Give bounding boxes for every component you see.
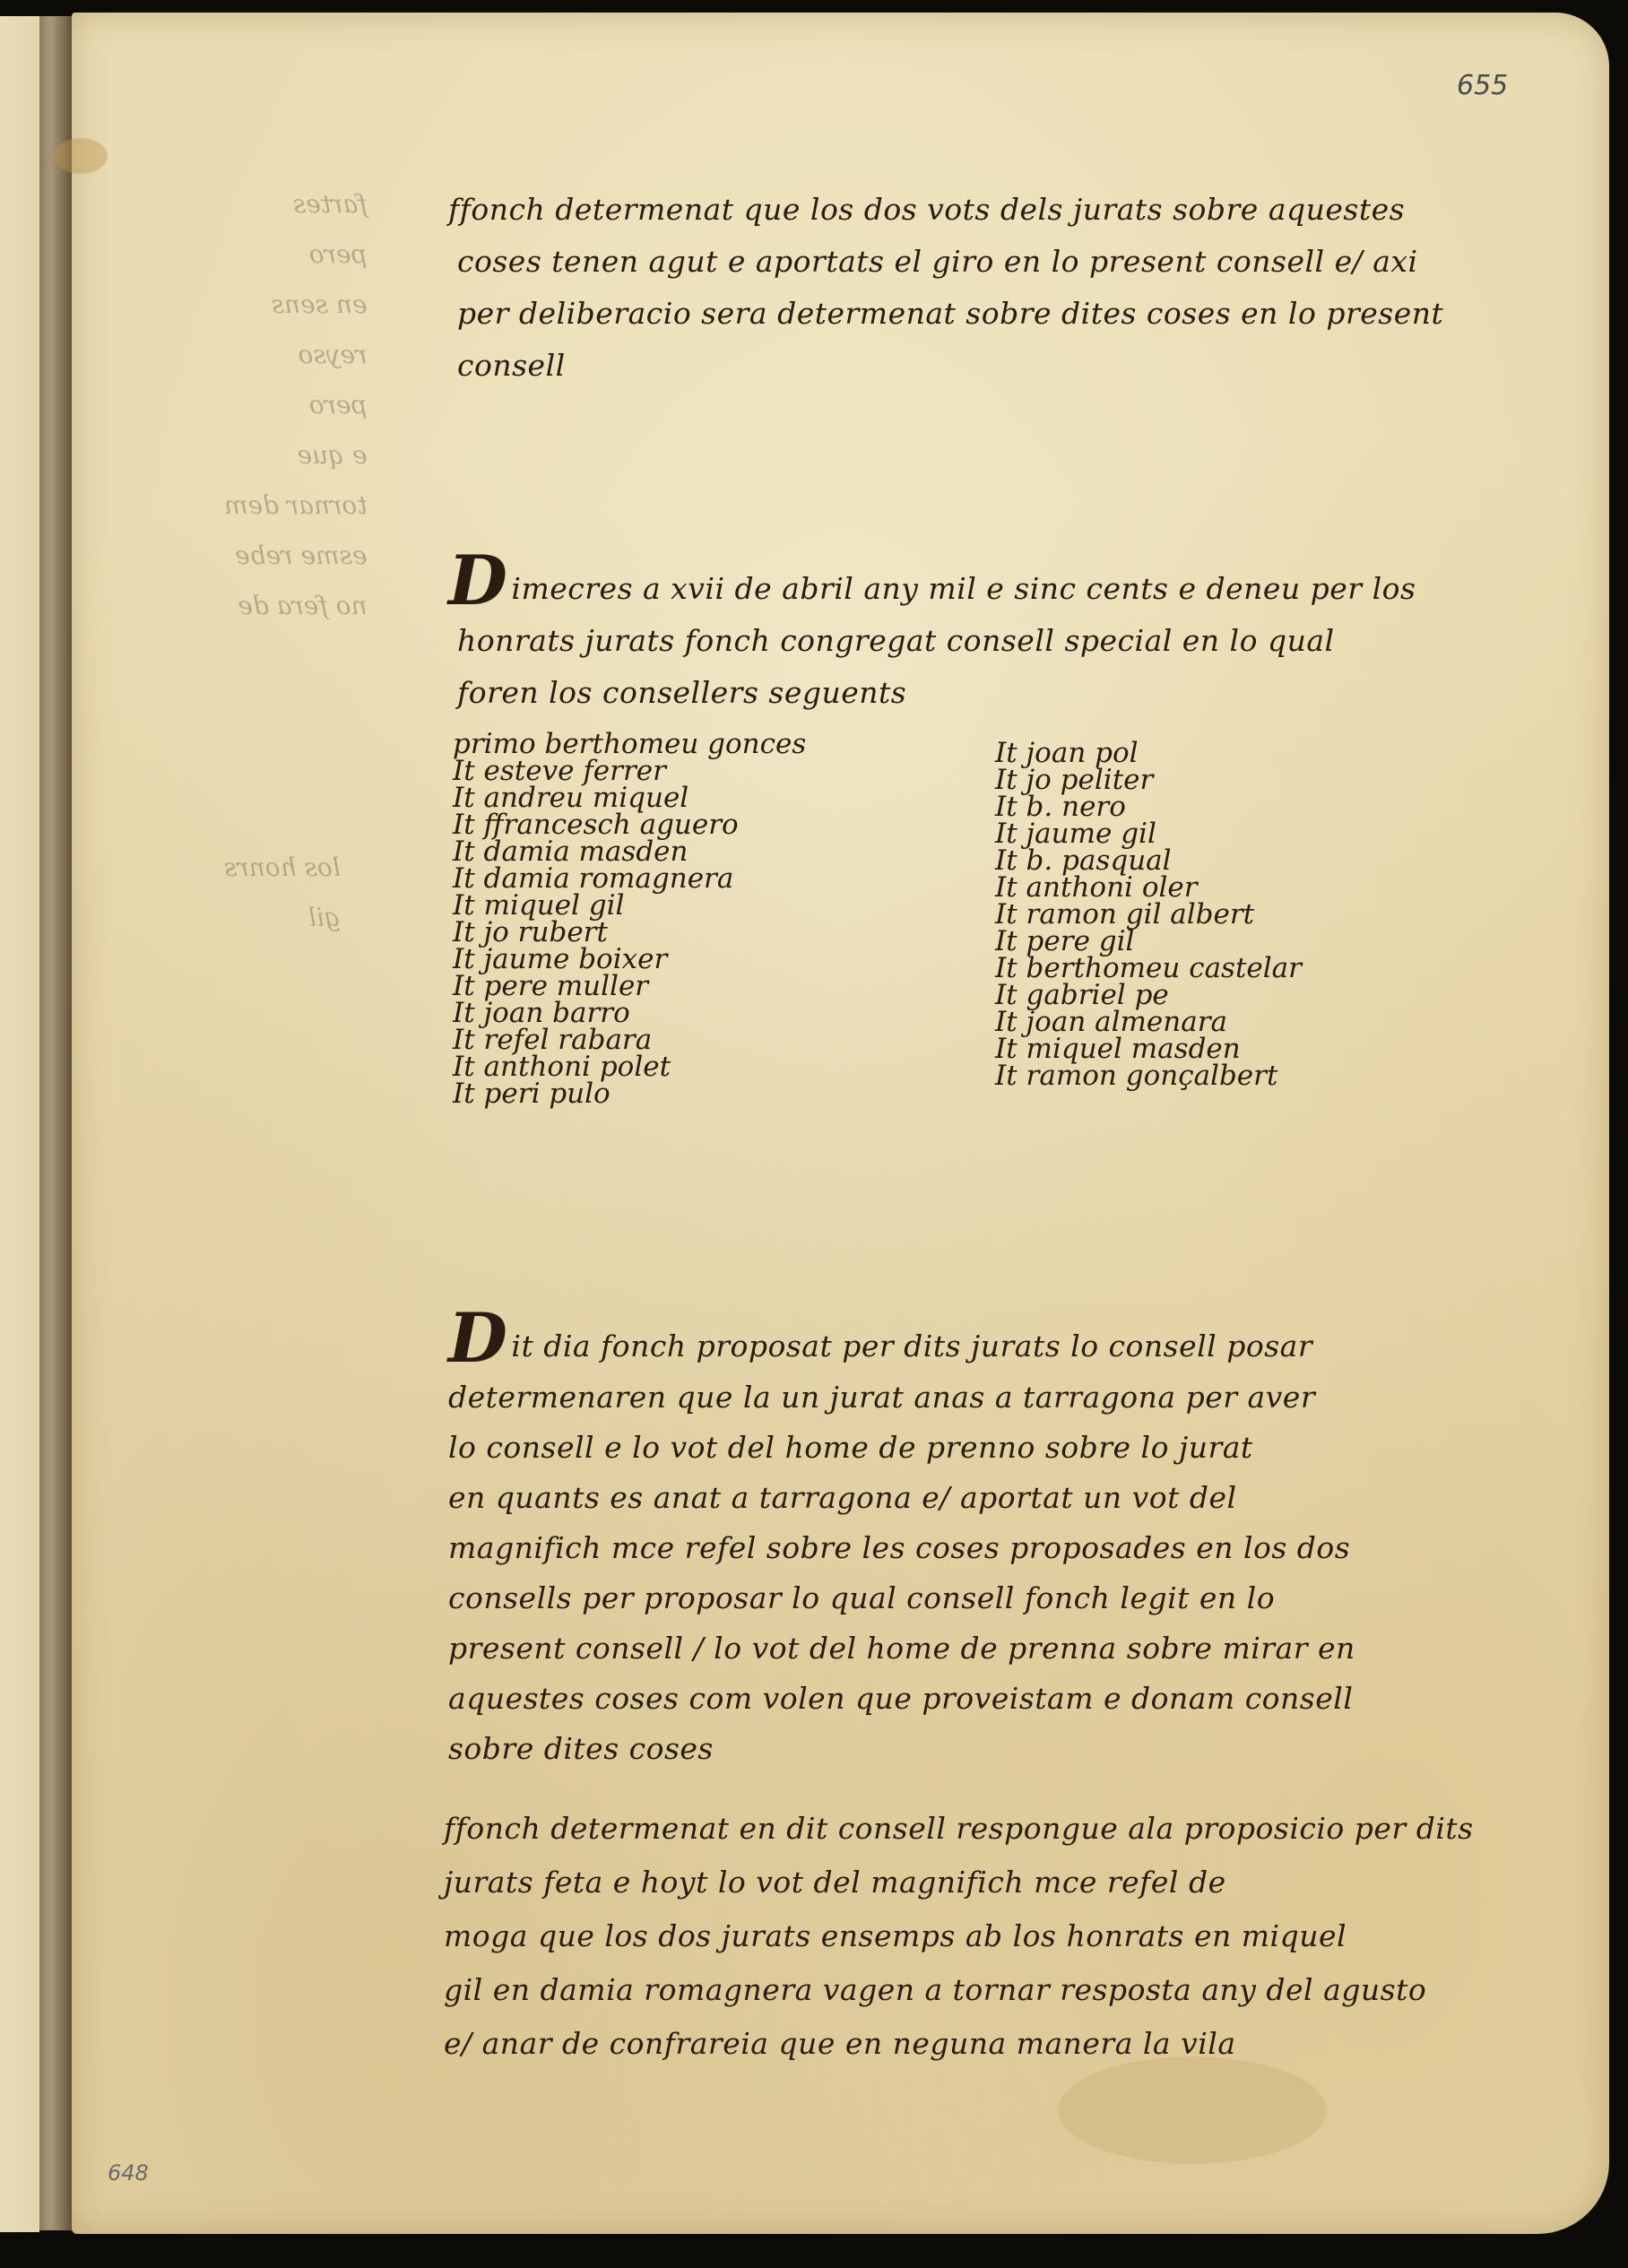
attendees-list-right: It joan pol It jo peliter It b. nero It … xyxy=(995,740,1302,1089)
text-line: coses tenen agut e aportats el giro en l… xyxy=(448,236,1443,288)
attendee: primo berthomeu gonces xyxy=(453,731,806,757)
attendee: It anthoni oler xyxy=(995,874,1302,901)
attendee: It peri pulo xyxy=(453,1080,806,1107)
water-stain xyxy=(1058,2056,1327,2164)
bleed-through-middle-left: los honrs gil xyxy=(224,843,341,943)
text-line: e/ anar de confrareia que en neguna mane… xyxy=(444,2017,1474,2071)
attendee: It refel rabara xyxy=(453,1026,806,1053)
text-line: ffonch determenat en dit consell respong… xyxy=(444,1802,1474,1856)
paragraph-2-meeting-heading: Dimecres a xvii de abril any mil e sinc … xyxy=(448,547,1416,719)
bleed-through-top-left: fartes pero en sens reyso pero e que tor… xyxy=(224,179,368,631)
attendee: It jo peliter xyxy=(995,766,1302,793)
decorated-initial: D xyxy=(448,1298,507,1378)
attendee: It joan pol xyxy=(995,740,1302,766)
text-line: present consell / lo vot del home de pre… xyxy=(448,1623,1355,1674)
attendee: It miquel gil xyxy=(453,892,806,919)
text-line: consells per proposar lo qual consell fo… xyxy=(448,1573,1355,1623)
text-line: gil en damia romagnera vagen a tornar re… xyxy=(444,1963,1474,2017)
text-line: lo consell e lo vot del home de prenno s… xyxy=(448,1423,1355,1473)
folio-number-top: 655 xyxy=(1457,70,1508,101)
attendee: It ramon gonçalbert xyxy=(995,1062,1302,1089)
attendee: It jo rubert xyxy=(453,919,806,946)
text-line: en quants es anat a tarragona e/ aportat… xyxy=(448,1473,1355,1523)
attendee: It ramon gil albert xyxy=(995,901,1302,928)
book-gutter xyxy=(39,16,72,2230)
attendee: It pere muller xyxy=(453,973,806,1000)
attendee: It gabriel pe xyxy=(995,982,1302,1008)
paragraph-1: ffonch determenat que los dos vots dels … xyxy=(448,184,1443,392)
attendee: It pere gil xyxy=(995,928,1302,955)
attendee: It b. nero xyxy=(995,793,1302,820)
folio-number-bottom: 648 xyxy=(108,2160,149,2186)
text-line: determenaren que la un jurat anas a tarr… xyxy=(448,1372,1355,1423)
attendee: It andreu miquel xyxy=(453,784,806,811)
attendee: It esteve ferrer xyxy=(453,757,806,784)
attendee: It damia masden xyxy=(453,838,806,865)
text-line: aquestes coses com volen que proveistam … xyxy=(448,1674,1355,1724)
text-line: jurats feta e hoyt lo vot del magnifich … xyxy=(444,1856,1474,1909)
attendee: It joan almenara xyxy=(995,1008,1302,1035)
attendee: It anthoni polet xyxy=(453,1053,806,1080)
text-line: consell xyxy=(448,340,1443,392)
paragraph-3-proposal: Dit dia fonch proposat per dits jurats l… xyxy=(448,1304,1355,1774)
text-line: ffonch determenat que los dos vots dels … xyxy=(448,184,1443,236)
rust-stain xyxy=(54,138,108,174)
paragraph-4-resolution: ffonch determenat en dit consell respong… xyxy=(444,1802,1474,2071)
facing-page-edge xyxy=(0,16,39,2232)
text-line: honrats jurats fonch congregat consell s… xyxy=(448,615,1416,667)
attendee: It b. pasqual xyxy=(995,847,1302,874)
attendee: It joan barro xyxy=(453,1000,806,1026)
text-line: magnifich mce refel sobre les coses prop… xyxy=(448,1523,1355,1573)
attendee: It jaume boixer xyxy=(453,946,806,973)
text-line: per deliberacio sera determenat sobre di… xyxy=(448,288,1443,340)
text-line: moga que los dos jurats ensemps ab los h… xyxy=(444,1909,1474,1963)
attendee: It damia romagnera xyxy=(453,865,806,892)
attendee: It berthomeu castelar xyxy=(995,955,1302,982)
attendees-list-left: primo berthomeu gonces It esteve ferrer … xyxy=(453,731,806,1107)
text-line: sobre dites coses xyxy=(448,1724,1355,1774)
text-line: foren los consellers seguents xyxy=(448,667,1416,719)
attendee: It miquel masden xyxy=(995,1035,1302,1062)
decorated-initial: D xyxy=(448,541,507,620)
attendee: It jaume gil xyxy=(995,820,1302,847)
attendee: It ffrancesch aguero xyxy=(453,811,806,838)
